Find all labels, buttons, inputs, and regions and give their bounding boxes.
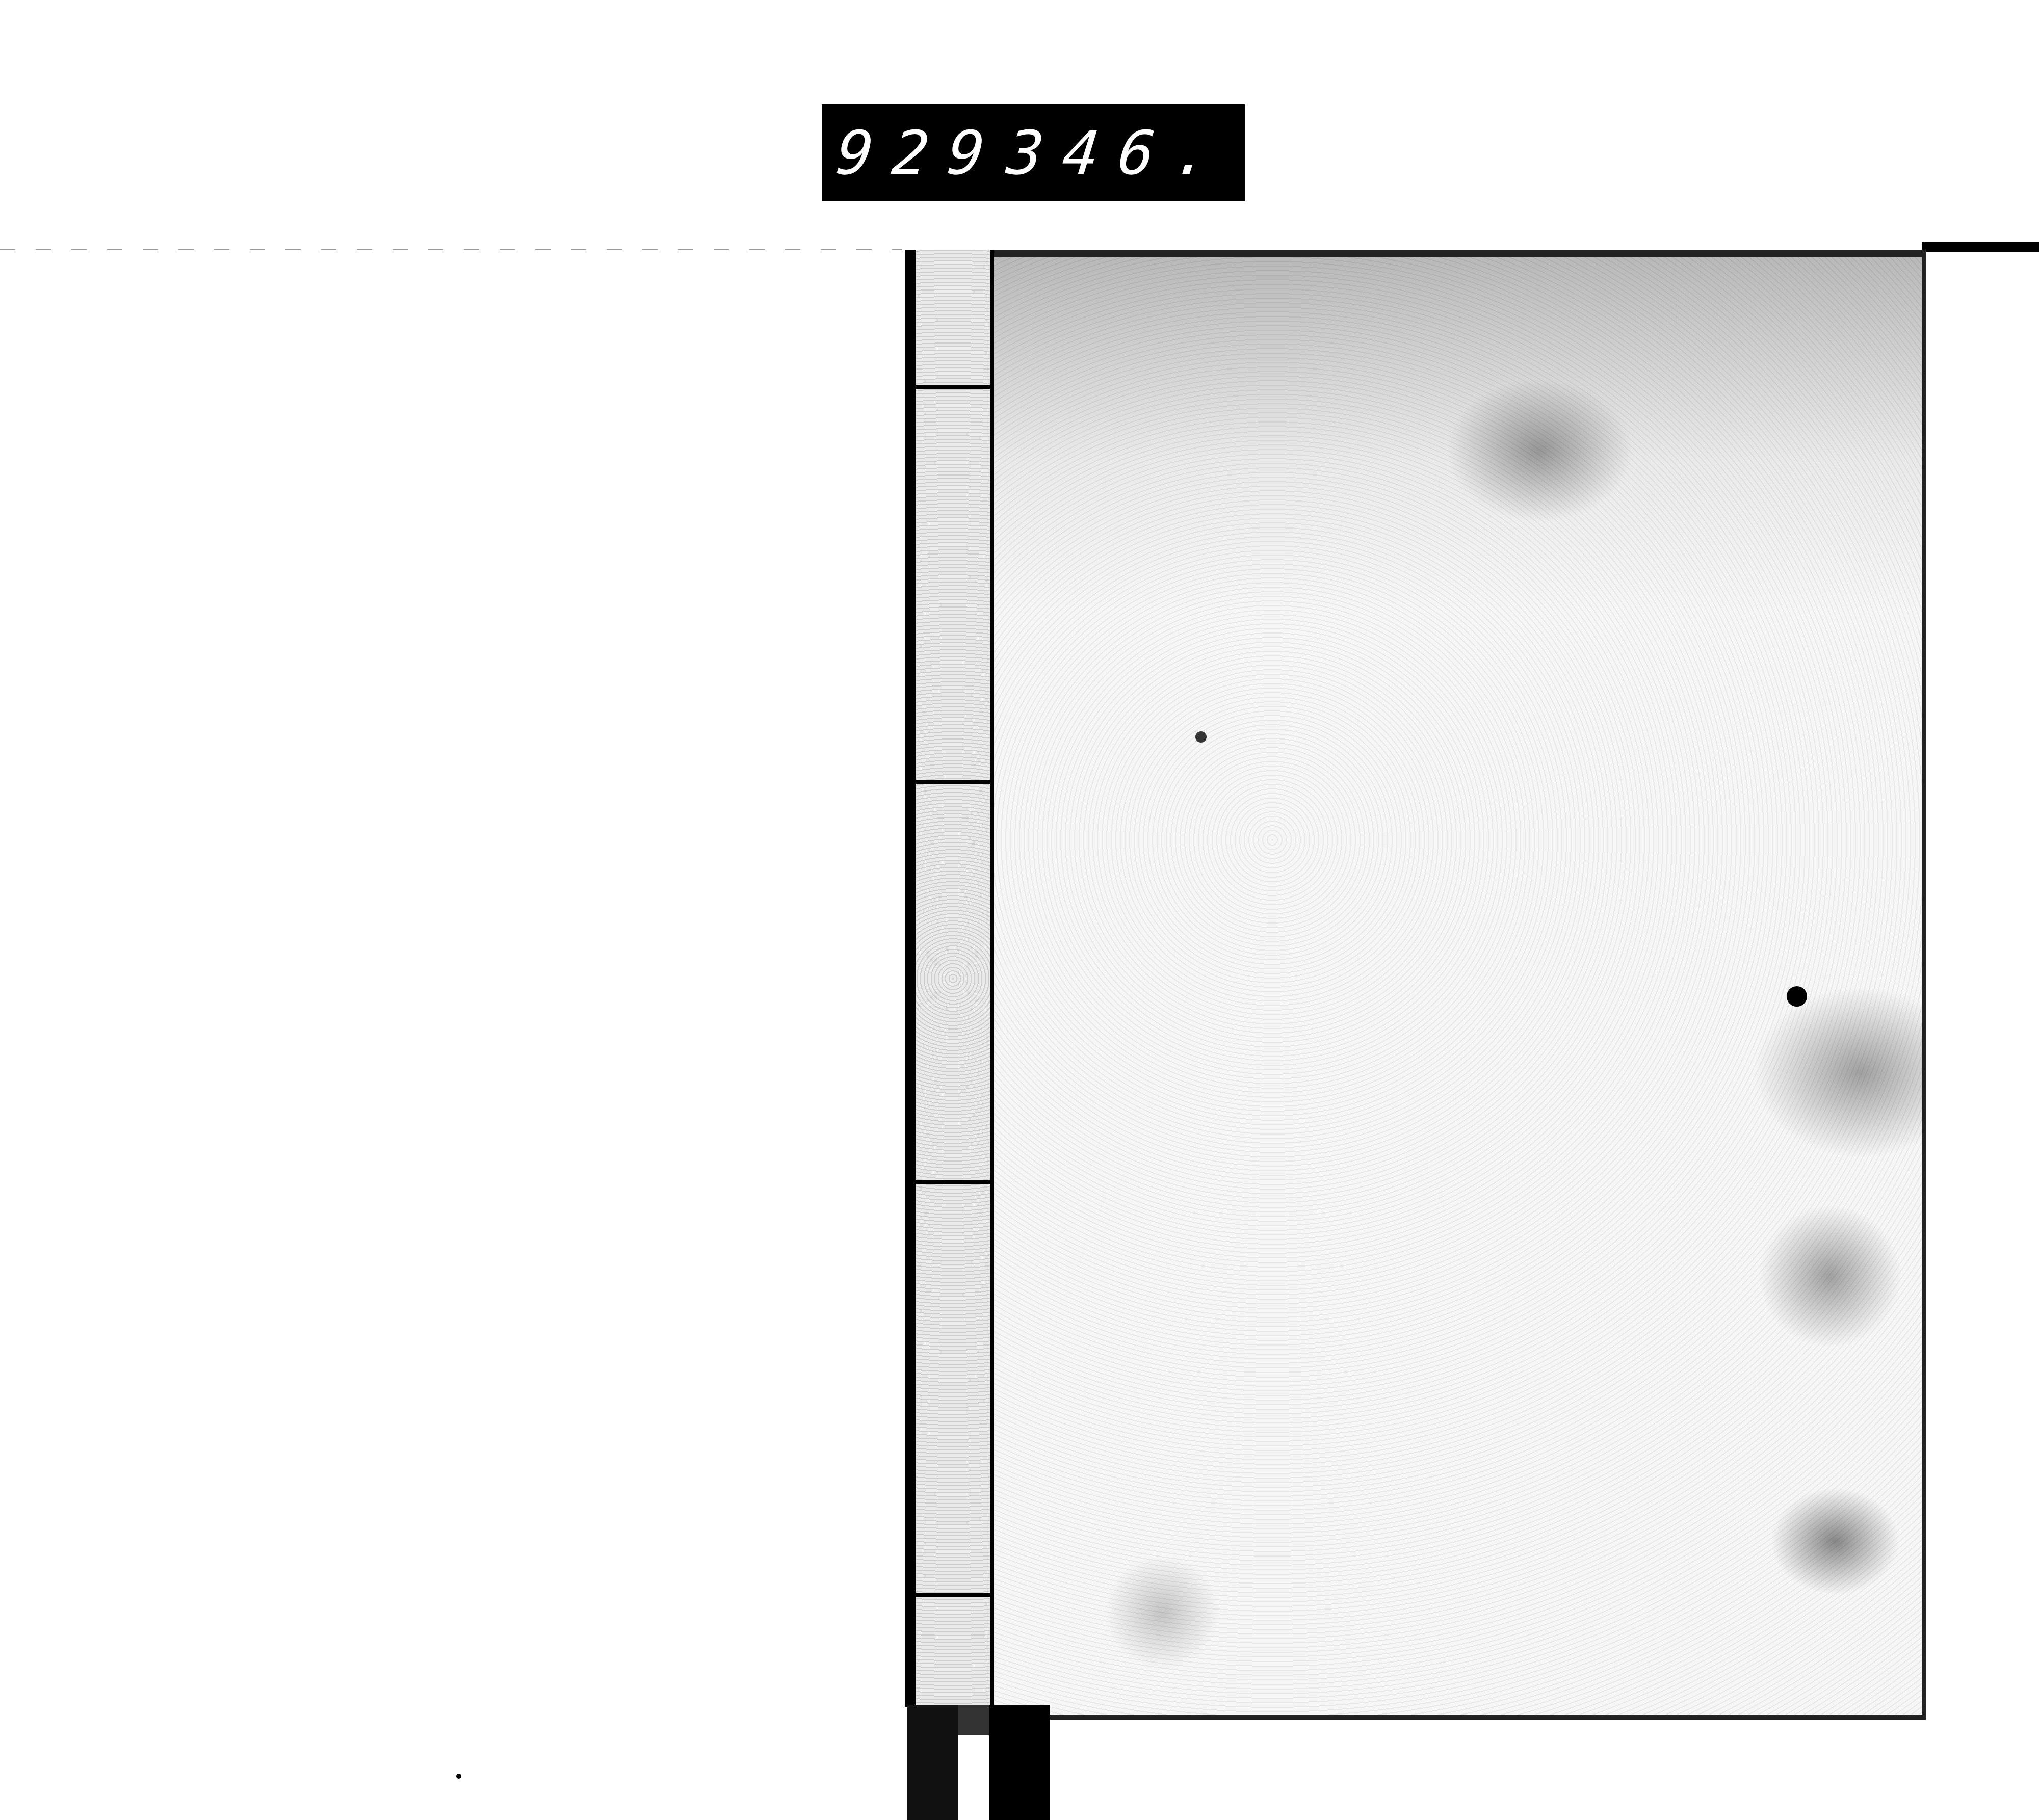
book-cover — [994, 250, 1926, 1720]
stand-left — [907, 1705, 958, 1820]
call-number-right: 346. — [1004, 118, 1234, 188]
stand-right — [989, 1705, 1050, 1820]
book-spine — [905, 250, 994, 1707]
call-number-left: 929 — [833, 118, 1008, 188]
bound-book — [905, 245, 1924, 1707]
table-edge-bar — [1922, 242, 2039, 252]
book-stand — [907, 1705, 1060, 1820]
speck — [1195, 731, 1207, 743]
binding-stitch — [916, 780, 1005, 784]
stain — [1787, 986, 1807, 1007]
call-number-label: 929 346. — [822, 104, 1245, 201]
speck — [456, 1774, 461, 1779]
binding-stitch — [916, 385, 1005, 389]
stand-middle — [958, 1705, 989, 1735]
binding-stitch — [916, 1180, 1005, 1184]
table-edge-line — [0, 249, 902, 250]
binding-stitch — [916, 1593, 1005, 1597]
